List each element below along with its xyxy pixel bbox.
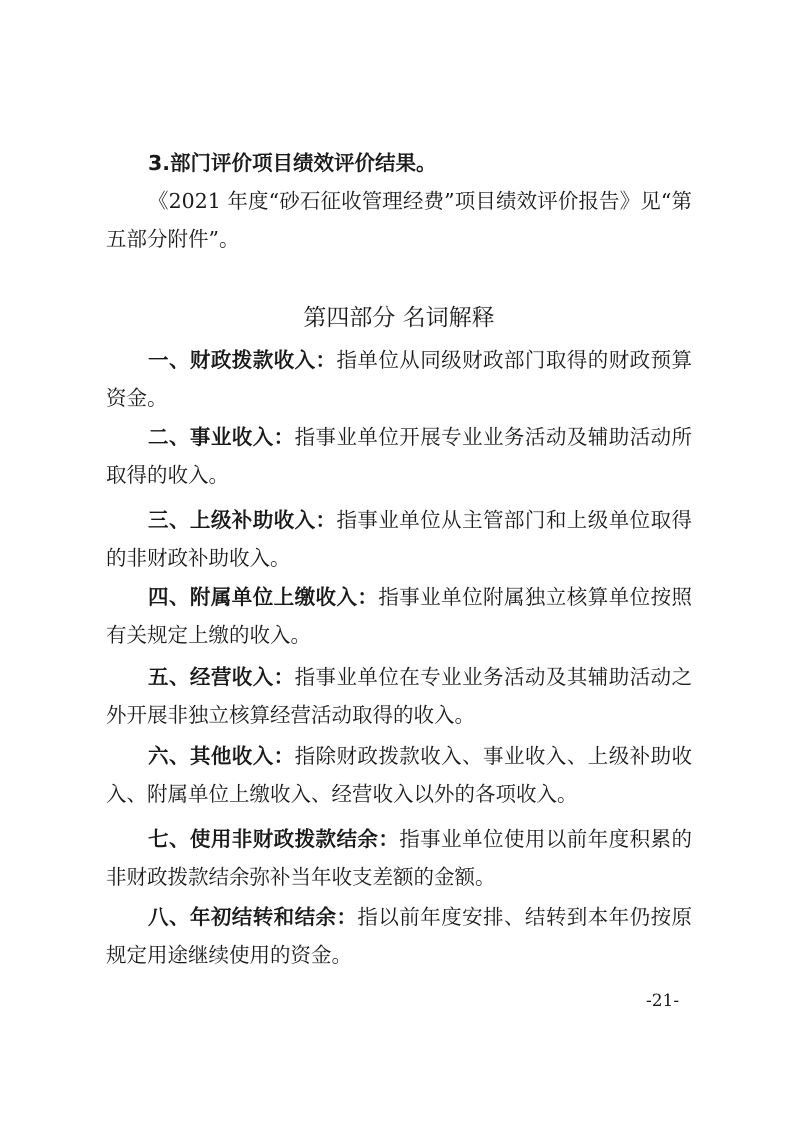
term-1-definition: 指单位从同级财政部门取得的财政预算 bbox=[336, 348, 692, 372]
term-4-label: 四、附属单位上缴收入： bbox=[148, 585, 378, 609]
term-7-line-2: 非财政拨款结余弥补当年收支差额的金额。 bbox=[106, 862, 692, 892]
term-4-definition: 指事业单位附属独立核算单位按照 bbox=[378, 585, 692, 609]
term-6-line-2: 入、附属单位上缴收入、经营收入以外的各项收入。 bbox=[106, 779, 692, 809]
term-5-line-1: 五、经营收入：指事业单位在专业业务活动及其辅助活动之 bbox=[106, 662, 692, 692]
section-3-text-line-2: 五部分附件”。 bbox=[106, 224, 692, 254]
term-8-line-2: 规定用途继续使用的资金。 bbox=[106, 940, 692, 970]
term-7-definition: 指事业单位使用以前年度积累的 bbox=[399, 827, 692, 851]
page-number: -21- bbox=[646, 991, 679, 1011]
term-1-label: 一、财政拨款收入： bbox=[148, 348, 336, 372]
term-2-line-2: 取得的收入。 bbox=[106, 460, 692, 490]
term-2-definition: 指事业单位开展专业业务活动及辅助活动所 bbox=[295, 425, 692, 449]
term-7-line-1: 七、使用非财政拨款结余：指事业单位使用以前年度积累的 bbox=[106, 824, 692, 854]
section-3-title: 3.部门评价项目绩效评价结果。 bbox=[106, 148, 692, 178]
term-6-definition: 指除财政拨款收入、事业收入、上级补助收 bbox=[295, 744, 692, 768]
term-6-line-1: 六、其他收入：指除财政拨款收入、事业收入、上级补助收 bbox=[106, 741, 692, 771]
term-3-line-2: 的非财政补助收入。 bbox=[106, 543, 692, 573]
part-4-heading: 第四部分 名词解释 bbox=[106, 303, 692, 333]
section-3-text-line-1: 《2021 年度“砂石征收管理经费”项目绩效评价报告》见“第 bbox=[106, 186, 692, 216]
term-5-label: 五、经营收入： bbox=[148, 665, 295, 689]
term-4-line-2: 有关规定上缴的收入。 bbox=[106, 620, 692, 650]
term-1-line-2: 资金。 bbox=[106, 383, 692, 413]
term-2-label: 二、事业收入： bbox=[148, 425, 295, 449]
term-5-line-2: 外开展非独立核算经营活动取得的收入。 bbox=[106, 700, 692, 730]
term-8-line-1: 八、年初结转和结余：指以前年度安排、结转到本年仍按原 bbox=[106, 902, 692, 932]
term-6-label: 六、其他收入： bbox=[148, 744, 295, 768]
term-8-definition: 指以前年度安排、结转到本年仍按原 bbox=[357, 905, 692, 929]
term-3-line-1: 三、上级补助收入：指事业单位从主管部门和上级单位取得 bbox=[106, 505, 692, 535]
term-3-label: 三、上级补助收入： bbox=[148, 508, 336, 532]
term-7-label: 七、使用非财政拨款结余： bbox=[148, 827, 399, 851]
term-5-definition: 指事业单位在专业业务活动及其辅助活动之 bbox=[295, 665, 692, 689]
term-1-line-1: 一、财政拨款收入：指单位从同级财政部门取得的财政预算 bbox=[106, 345, 692, 375]
term-8-label: 八、年初结转和结余： bbox=[148, 905, 357, 929]
term-3-definition: 指事业单位从主管部门和上级单位取得 bbox=[336, 508, 692, 532]
term-4-line-1: 四、附属单位上缴收入：指事业单位附属独立核算单位按照 bbox=[106, 582, 692, 612]
term-2-line-1: 二、事业收入：指事业单位开展专业业务活动及辅助活动所 bbox=[106, 422, 692, 452]
